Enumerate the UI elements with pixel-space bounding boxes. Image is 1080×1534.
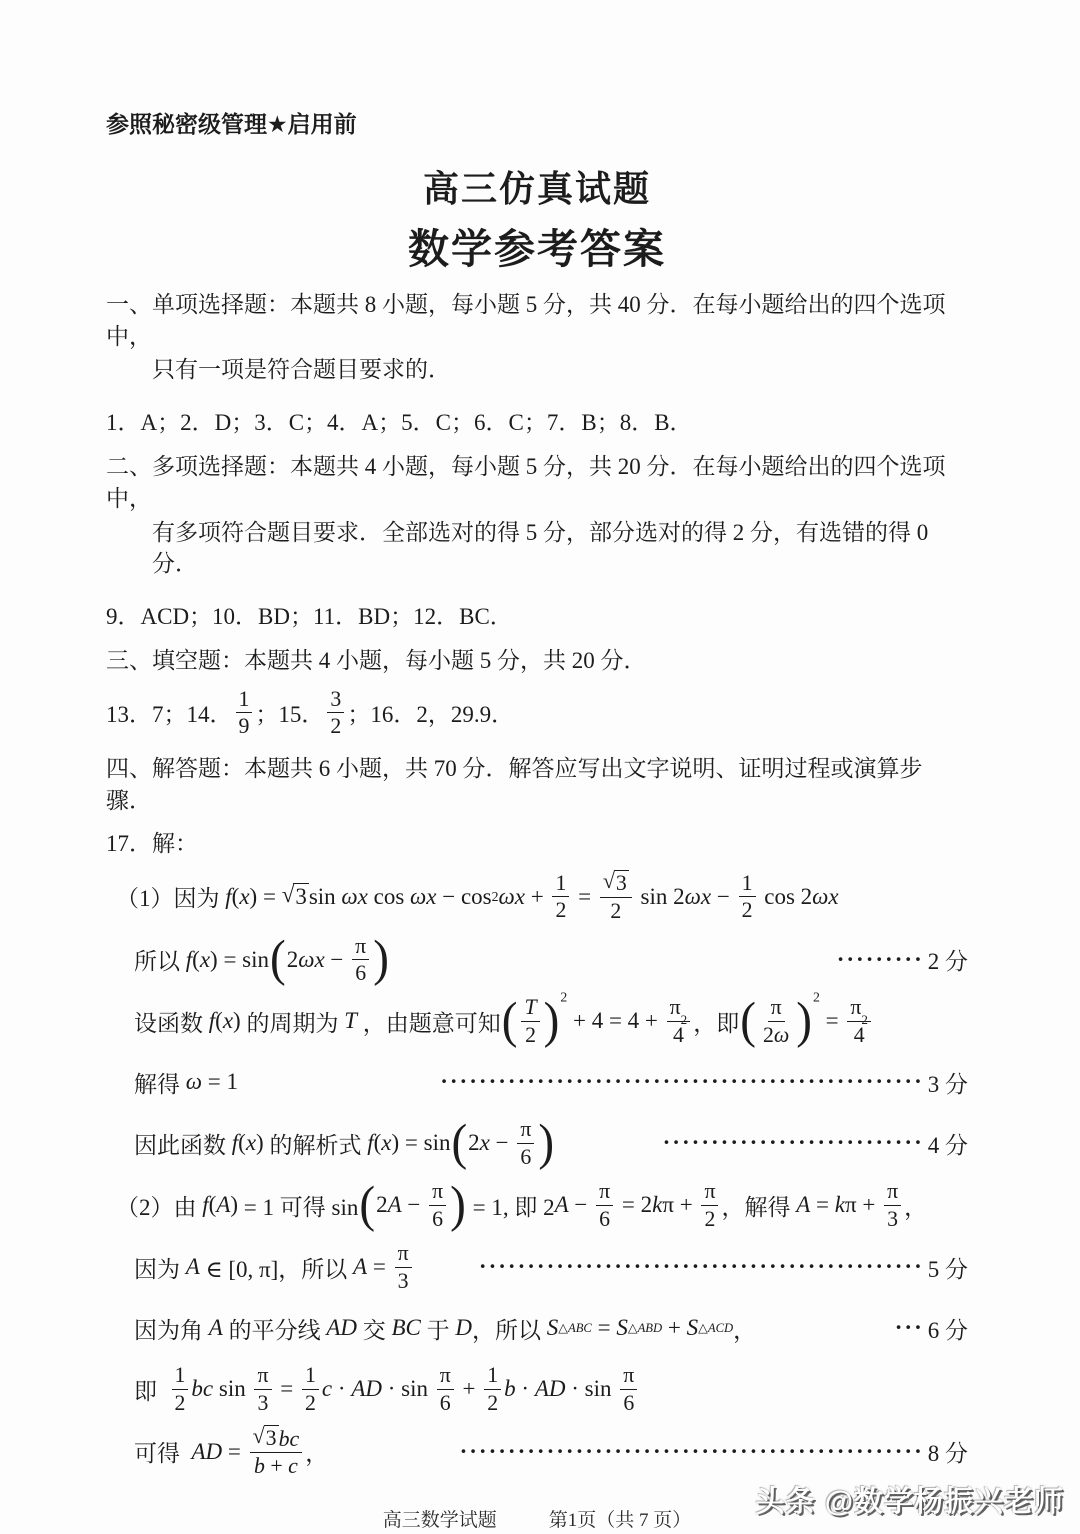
math-content: 可得 AD = √3bcb + c，	[134, 1425, 328, 1479]
math-text: π +	[662, 1192, 698, 1218]
dot-leader: ·········	[837, 947, 924, 973]
math-content: 所以 f(x) = sin(2ωx − π6)	[134, 934, 390, 986]
math-text: 3	[258, 1391, 269, 1415]
math-text: ，	[904, 1189, 927, 1222]
math-fraction: π6	[596, 1179, 613, 1231]
fill-blank-answers: 13．7；14．19；15．32；16．2，29.9．	[106, 687, 968, 739]
solution-line: 因此函数 f(x) 的解析式 f(x) = sin(2x − π6)······…	[106, 1117, 968, 1169]
right-paren: )	[795, 1000, 813, 1043]
math-content: 即 12bc sin π3 = 12c · AD · sin π6 + 12b …	[134, 1363, 640, 1415]
math-text: 2	[555, 898, 566, 922]
solution-line: 因为 A ∈ [0, π]，所以 A = π3·················…	[106, 1241, 968, 1293]
math-variable: x	[246, 1130, 256, 1156]
math-numerator: 3	[327, 687, 344, 713]
math-text: = 2	[616, 1192, 652, 1218]
math-text: 解得	[134, 1066, 186, 1099]
math-denominator: 3	[395, 1268, 412, 1293]
math-variable: A	[186, 1254, 200, 1280]
math-paren-group: (π2ω)2	[739, 995, 820, 1047]
math-variable: c	[322, 1376, 332, 1402]
math-variable: A	[209, 1315, 223, 1341]
free-response-heading: 四、解答题：本题共 6 小题，共 70 分．解答应写出文字说明、证明过程或演算步…	[106, 753, 968, 816]
score-label: 3 分	[928, 1066, 968, 1099]
math-denominator: 2	[484, 1390, 501, 1415]
math-variable: b	[504, 1376, 516, 1402]
math-text: −	[490, 1130, 514, 1156]
math-numerator: √3	[600, 870, 632, 898]
solution-line: 设函数 f(x) 的周期为 T ，由题意可知(T2)2 + 4 = 4 + π2…	[106, 995, 968, 1047]
math-text: cos 2	[759, 884, 813, 910]
math-text: 2	[610, 899, 621, 923]
math-variable: ωx	[812, 884, 838, 910]
math-denominator: 2ω	[760, 1022, 792, 1047]
footer-page-number: 第1页（共 7 页）	[549, 1505, 692, 1532]
math-variable: T	[344, 1008, 357, 1034]
watermark-text: 头条 @数学杨振兴老师	[756, 1479, 1064, 1520]
paren-content: 2ωx − π6	[287, 934, 372, 986]
math-text: · sin	[382, 1376, 434, 1402]
math-text: +	[457, 1376, 481, 1402]
math-text: 3	[330, 687, 341, 711]
dot-leader: ···	[895, 1315, 924, 1341]
math-variable: T	[524, 995, 536, 1019]
math-paren-group: (2x − π6)	[450, 1117, 555, 1169]
math-variable: A	[796, 1192, 810, 1218]
dot-leader: ········································…	[479, 1254, 924, 1280]
math-variable: D	[455, 1315, 472, 1341]
math-text: − cos	[436, 884, 491, 910]
math-fraction: π6	[517, 1117, 534, 1169]
math-text: 6	[355, 961, 366, 985]
math-text: 因为	[134, 1251, 186, 1284]
math-content: 因此函数 f(x) 的解析式 f(x) = sin(2x − π6)	[134, 1117, 555, 1169]
math-numerator: π	[596, 1179, 613, 1205]
math-variable: A	[216, 1192, 230, 1218]
classification-notice: 参照秘密级管理★启用前	[106, 106, 968, 139]
math-fraction: π6	[437, 1363, 454, 1415]
math-variable: ω	[186, 1069, 202, 1095]
math-numerator: 1	[236, 687, 253, 713]
math-numerator: π	[517, 1117, 534, 1143]
math-text: +	[265, 1454, 288, 1478]
math-fraction: 12	[172, 1363, 189, 1415]
math-variable: ωx	[341, 884, 367, 910]
math-content: 因为角 A 的平分线 AD 交 BC 于 D，所以 S△ABC = S△ABD …	[134, 1312, 756, 1345]
math-text: 6	[623, 1391, 634, 1415]
solution-line: 所以 f(x) = sin(2ωx − π6)·········2 分	[106, 934, 968, 986]
math-denominator: 6	[620, 1390, 637, 1415]
math-denominator: 2	[172, 1390, 189, 1415]
sqrt-body: 3	[264, 1425, 279, 1451]
math-denominator: 2	[702, 1206, 719, 1231]
math-text: ，解得	[721, 1189, 796, 1222]
math-text: 2	[305, 1391, 316, 1415]
math-text: 3	[266, 1426, 277, 1450]
math-text: 3	[887, 1207, 898, 1231]
math-variable: S	[616, 1315, 628, 1341]
math-fraction: π6	[620, 1363, 637, 1415]
math-text: =	[222, 1439, 246, 1465]
math-text: 因此函数	[134, 1127, 232, 1160]
score-label: 8 分	[928, 1435, 968, 1468]
math-denominator: 2	[552, 897, 569, 922]
math-numerator: 1	[739, 871, 756, 897]
math-variable: ωx	[685, 884, 711, 910]
math-text: 2	[763, 1023, 774, 1047]
right-paren: )	[543, 1000, 561, 1043]
math-text: (	[215, 1008, 223, 1034]
math-text: （1）因为	[116, 880, 225, 913]
left-paren: (	[269, 938, 287, 981]
math-content: （1）因为 f(x) = √3sin ωx cos ωx − cos2ωx + …	[116, 870, 839, 924]
math-denominator: 4	[670, 1022, 687, 1047]
dot-leader: ···························	[663, 1130, 924, 1156]
math-denominator: 9	[236, 713, 253, 738]
math-text: · sin	[566, 1376, 618, 1402]
right-paren: )	[449, 1184, 467, 1227]
math-text: sin 2	[635, 884, 685, 910]
math-text: 所以	[134, 943, 186, 976]
math-fraction: 12	[484, 1363, 501, 1415]
right-paren: )	[372, 938, 390, 981]
math-text: π	[771, 995, 782, 1019]
math-text: π +	[845, 1192, 881, 1218]
math-text: 3	[616, 871, 627, 895]
math-fraction: π3	[254, 1363, 271, 1415]
math-text: +	[662, 1315, 686, 1341]
math-numerator: π	[884, 1179, 901, 1205]
math-denominator: 4	[851, 1022, 868, 1047]
paren-content: T2	[518, 995, 542, 1047]
math-fraction: 12	[302, 1363, 319, 1415]
math-fraction: π2ω	[760, 995, 792, 1047]
math-numerator: π	[701, 1179, 718, 1205]
math-text: 2	[468, 1130, 480, 1156]
math-text: 6	[599, 1207, 610, 1231]
single-choice-instructions-line2: 只有一项是符合题目要求的．	[106, 354, 968, 386]
math-denominator: 2	[327, 713, 344, 738]
math-numerator: π	[254, 1363, 271, 1389]
question17-label: 17．解：	[106, 828, 968, 860]
math-paren-group: (2A − π6)	[358, 1179, 466, 1231]
left-paren: (	[450, 1122, 468, 1165]
math-text: 9	[239, 714, 250, 738]
math-text: π	[670, 995, 681, 1019]
math-text: = 1 可得 sin	[238, 1189, 358, 1222]
footer-doc-title: 高三数学试题	[383, 1505, 497, 1532]
math-text: )	[233, 1008, 241, 1034]
math-text: −	[711, 884, 735, 910]
math-numerator: π	[429, 1179, 446, 1205]
score-leader: ········································…	[427, 1251, 968, 1284]
math-denominator: 2	[607, 898, 624, 923]
paren-content: 2x − π6	[468, 1117, 537, 1169]
math-numerator: T	[521, 995, 539, 1021]
math-text: π	[704, 1179, 715, 1203]
math-numerator: π	[768, 995, 785, 1021]
math-denominator: b + c	[251, 1453, 301, 1478]
math-text: +	[525, 884, 549, 910]
math-variable: A	[353, 1254, 367, 1280]
math-text: π	[257, 1363, 268, 1387]
math-text: 1	[239, 687, 250, 711]
math-text: 即	[134, 1373, 169, 1406]
math-numerator: π	[620, 1363, 637, 1389]
math-text: (	[192, 947, 200, 973]
math-text: (	[238, 1130, 246, 1156]
math-text: 3	[398, 1269, 409, 1293]
math-text: sin	[213, 1376, 251, 1402]
score-leader: ···························4 分	[567, 1127, 968, 1160]
score-label: 4 分	[928, 1127, 968, 1160]
math-text: 的周期为	[241, 1005, 345, 1038]
math-text: ；15．	[255, 696, 324, 729]
math-text: )	[230, 1192, 238, 1218]
math-text: 的平分线	[223, 1312, 327, 1345]
math-numerator: 1	[172, 1363, 189, 1389]
math-numerator: 1	[484, 1363, 501, 1389]
math-denominator: 6	[596, 1206, 613, 1231]
math-content: 解得 ω = 1	[134, 1066, 238, 1099]
math-text: ，所以	[472, 1312, 547, 1345]
math-denominator: 2	[739, 897, 756, 922]
math-variable: x	[223, 1008, 233, 1034]
math-superscript: 2	[560, 990, 567, 1006]
math-text: 2	[487, 1391, 498, 1415]
score-label: 5 分	[928, 1251, 968, 1284]
math-text: =	[592, 1315, 616, 1341]
math-fraction: T2	[521, 995, 539, 1047]
math-paren-group: (T2)2	[501, 995, 567, 1047]
math-sqrt: √3	[603, 870, 629, 896]
math-fraction: π3	[884, 1179, 901, 1231]
math-text: )	[256, 1130, 264, 1156]
math-variable: BC	[391, 1315, 420, 1341]
math-text: π	[398, 1241, 409, 1265]
math-text: ·	[516, 1376, 535, 1402]
math-text: −	[325, 947, 349, 973]
math-variable: b	[254, 1454, 265, 1478]
math-text: 2	[742, 898, 753, 922]
math-variable: A	[555, 1192, 569, 1218]
fill-blank-heading: 三、填空题：本题共 4 小题，每小题 5 分，共 20 分．	[106, 645, 968, 677]
left-paren: (	[358, 1184, 376, 1227]
math-denominator: 2	[522, 1022, 539, 1047]
math-numerator: π	[395, 1241, 412, 1267]
dot-leader: ········································…	[460, 1439, 924, 1465]
paren-content: π2ω	[757, 995, 795, 1047]
math-denominator: 6	[352, 960, 369, 985]
math-text: 13．7；14．	[106, 696, 233, 729]
answer-sheet-title: 数学参考答案	[106, 216, 968, 275]
math-text: 4	[854, 1023, 865, 1047]
left-paren: (	[739, 1000, 757, 1043]
multi-choice-answers: 9．ACD；10．BD；11．BD；12．BC．	[106, 598, 968, 631]
math-variable: S	[547, 1315, 559, 1341]
math-text: 6	[440, 1391, 451, 1415]
math-text: ，	[305, 1435, 328, 1468]
math-text: = 1, 即 2	[467, 1189, 555, 1222]
score-leader: ········································…	[340, 1435, 968, 1468]
math-content: 设函数 f(x) 的周期为 T ，由题意可知(T2)2 + 4 = 4 + π2…	[134, 995, 874, 1047]
solution-line: 解得 ω = 1································…	[106, 1057, 968, 1107]
math-text: 2	[287, 947, 299, 973]
math-variable: ωx	[499, 884, 525, 910]
math-text: −	[402, 1192, 426, 1218]
math-denominator: 6	[517, 1144, 534, 1169]
math-content: （2）由 f(A) = 1 可得 sin(2A − π6) = 1, 即 2A …	[116, 1179, 927, 1231]
math-text: π	[887, 1179, 898, 1203]
math-paren-group: (2ωx − π6)	[269, 934, 390, 986]
math-text: =	[257, 884, 281, 910]
math-text: 1	[305, 1363, 316, 1387]
math-variable: A	[388, 1192, 402, 1218]
math-fraction: π6	[352, 934, 369, 986]
math-text: ，由题意可知	[357, 1005, 501, 1038]
math-text: 6	[520, 1145, 531, 1169]
math-variable: ωx	[298, 947, 324, 973]
math-variable: S	[687, 1315, 699, 1341]
math-fraction: π3	[395, 1241, 412, 1293]
math-text: π	[440, 1363, 451, 1387]
math-variable: x	[239, 884, 249, 910]
math-text: =	[275, 1376, 299, 1402]
math-text: 2	[330, 714, 341, 738]
math-text: cos	[368, 884, 410, 910]
math-text: )	[210, 947, 218, 973]
exam-answer-page: 参照秘密级管理★启用前 高三仿真试题 数学参考答案 一、单项选择题：本题共 8 …	[0, 0, 1080, 1534]
solution-line: 因为角 A 的平分线 AD 交 BC 于 D，所以 S△ABC = S△ABD …	[106, 1303, 968, 1353]
math-text: （2）由	[116, 1189, 202, 1222]
paren-content: 2A − π6	[376, 1179, 449, 1231]
math-numerator: 1	[302, 1363, 319, 1389]
math-text: 6	[432, 1207, 443, 1231]
math-text: = sin	[218, 947, 269, 973]
math-text: π	[599, 1179, 610, 1203]
math-text: 2	[376, 1192, 388, 1218]
sqrt-body: 3	[293, 883, 309, 910]
math-text: = 1	[202, 1069, 238, 1095]
question17-solution: （1）因为 f(x) = √3sin ωx cos ωx − cos2ωx + …	[106, 870, 968, 1479]
solution-line: （2）由 f(A) = 1 可得 sin(2A − π6) = 1, 即 2A …	[106, 1179, 968, 1231]
math-text: 于	[421, 1312, 456, 1345]
score-leader: ···6 分	[768, 1312, 968, 1345]
math-denominator: 6	[429, 1206, 446, 1231]
math-variable: bc	[191, 1376, 213, 1402]
math-variable: k	[652, 1192, 662, 1218]
math-numerator: π	[352, 934, 369, 960]
math-sqrt: √3	[282, 883, 309, 910]
math-numerator: √3bc	[250, 1425, 303, 1453]
math-superscript: 2	[813, 990, 820, 1006]
math-fraction: 32	[327, 687, 344, 739]
math-text: π	[355, 934, 366, 958]
math-text: =	[810, 1192, 834, 1218]
score-leader: ·········2 分	[402, 943, 968, 976]
math-text: 设函数	[134, 1005, 209, 1038]
solution-line: 即 12bc sin π3 = 12c · AD · sin π6 + 12b …	[106, 1363, 968, 1415]
math-fraction: √32	[600, 870, 632, 924]
math-variable: AD	[535, 1376, 566, 1402]
math-variable: ωx	[410, 884, 436, 910]
math-text: )	[250, 884, 258, 910]
math-text: 因为角	[134, 1312, 209, 1345]
solution-line: （1）因为 f(x) = √3sin ωx cos ωx − cos2ωx + …	[106, 870, 968, 924]
math-text: =	[572, 884, 596, 910]
multi-choice-instructions-line1: 二、多项选择题：本题共 4 小题，每小题 5 分，共 20 分．在每小题给出的四…	[106, 451, 968, 514]
score-leader: ········································…	[250, 1066, 968, 1099]
math-text: 3	[295, 884, 307, 909]
sqrt-body: 3	[614, 870, 629, 896]
math-text: 1	[175, 1363, 186, 1387]
math-text: π	[623, 1363, 634, 1387]
exam-title: 高三仿真试题	[106, 161, 968, 212]
math-fraction: π2	[701, 1179, 718, 1231]
math-text: 可得	[134, 1435, 192, 1468]
math-variable: AD	[192, 1439, 223, 1465]
math-variable: ω	[774, 1023, 789, 1047]
math-text: =	[367, 1254, 391, 1280]
math-denominator: 3	[255, 1390, 272, 1415]
math-text: 交	[357, 1312, 392, 1345]
math-fraction: π24	[847, 995, 871, 1047]
math-text: 1	[742, 871, 753, 895]
math-text: π	[520, 1117, 531, 1141]
math-denominator: 6	[437, 1390, 454, 1415]
math-text: ，	[733, 1312, 756, 1345]
math-content: 因为 A ∈ [0, π]，所以 A = π3	[134, 1241, 415, 1293]
math-text: ∈ [0, π]，所以	[200, 1251, 353, 1284]
math-text: + 4 = 4 +	[567, 1008, 663, 1034]
math-text: 1	[555, 871, 566, 895]
math-fraction: 19	[236, 687, 253, 739]
math-fraction: √3bcb + c	[250, 1425, 303, 1479]
math-variable: c	[288, 1454, 298, 1478]
score-label: 6 分	[928, 1312, 968, 1345]
single-choice-answers: 1．A；2．D；3．C；4．A；5．C；6．C；7．B；8．B．	[106, 404, 968, 437]
math-variable: x	[480, 1130, 490, 1156]
math-fraction: 12	[739, 871, 756, 923]
math-text: π	[850, 995, 861, 1019]
math-variable: AD	[326, 1315, 357, 1341]
math-fraction: π24	[667, 995, 691, 1047]
math-fraction: 12	[552, 871, 569, 923]
math-text: π	[432, 1179, 443, 1203]
single-choice-instructions-line1: 一、单项选择题：本题共 8 小题，每小题 5 分，共 40 分．在每小题给出的四…	[106, 289, 968, 352]
math-text: 2	[175, 1391, 186, 1415]
dot-leader: ········································…	[440, 1069, 924, 1095]
math-text: = sin	[399, 1130, 450, 1156]
score-label: 2 分	[928, 943, 968, 976]
math-denominator: 2	[302, 1390, 319, 1415]
solution-line: 可得 AD = √3bcb + c，······················…	[106, 1425, 968, 1479]
math-text: 的解析式	[264, 1127, 368, 1160]
math-denominator: 3	[884, 1206, 901, 1231]
math-text: 2	[525, 1023, 536, 1047]
math-fraction: π6	[429, 1179, 446, 1231]
math-numerator: π2	[847, 995, 871, 1021]
left-paren: (	[501, 1000, 519, 1043]
math-variable: x	[381, 1130, 391, 1156]
math-variable: x	[200, 947, 210, 973]
math-text: ；16．2，29.9．	[347, 696, 514, 729]
math-numerator: π2	[667, 995, 691, 1021]
math-variable: bc	[279, 1427, 300, 1451]
math-text: ，即	[693, 1005, 739, 1038]
math-text: 1	[487, 1363, 498, 1387]
math-sqrt: √3	[253, 1425, 279, 1451]
math-variable: AD	[351, 1376, 382, 1402]
